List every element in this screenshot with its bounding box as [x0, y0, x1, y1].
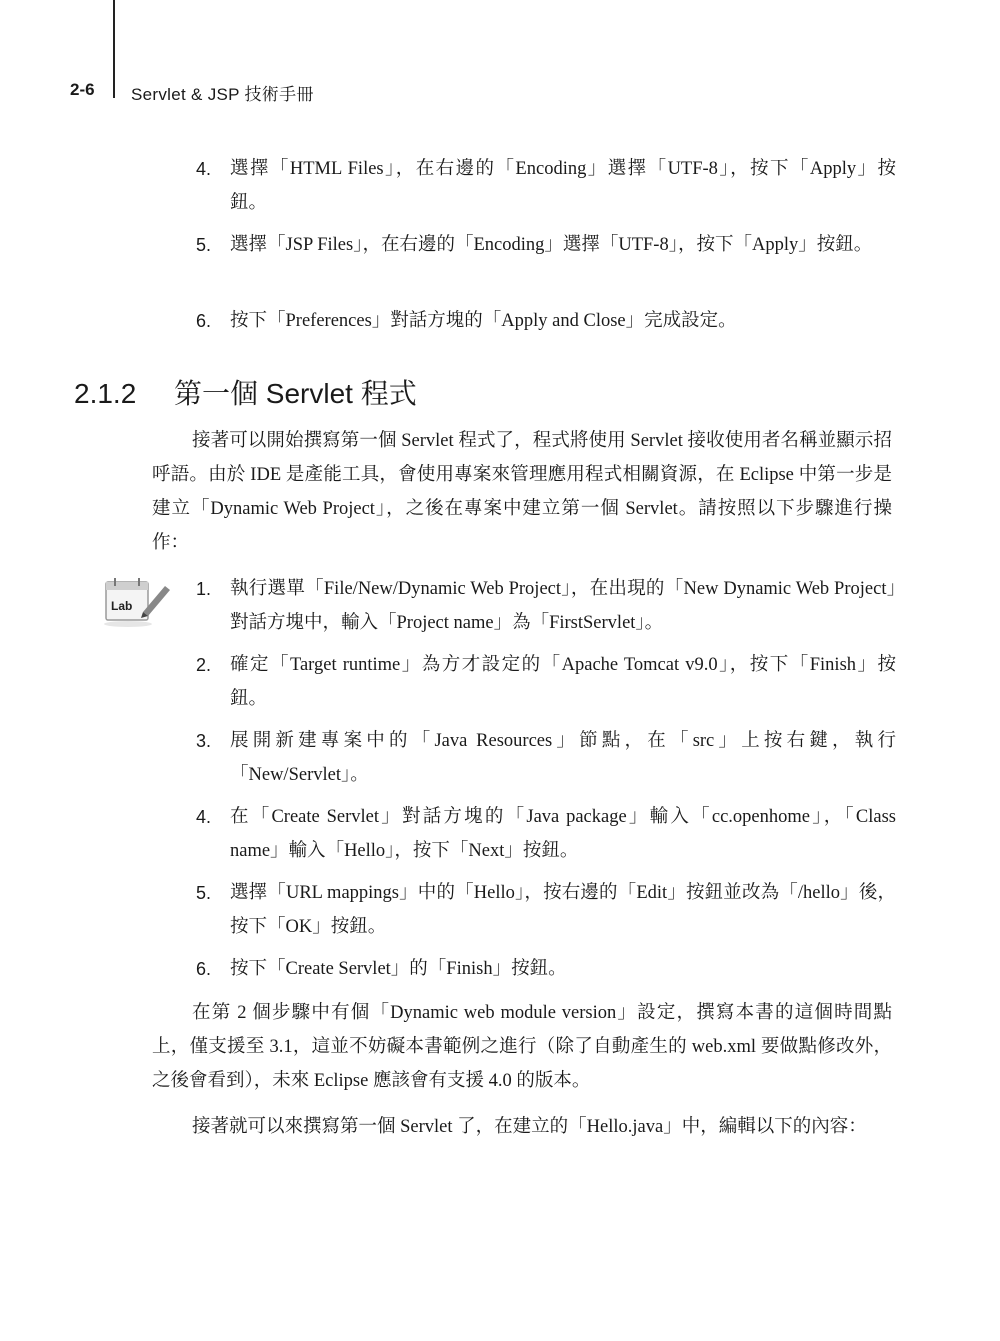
section-number: 2.1.2 [74, 378, 174, 410]
section-title: 第一個 Servlet 程式 [174, 378, 417, 409]
step-text: 確定「Target runtime」為方才設定的「Apache Tomcat v… [230, 648, 896, 716]
step-text: 選擇「HTML Files」，在右邊的「Encoding」選擇「UTF-8」，按… [230, 152, 896, 220]
step-number: 5. [196, 228, 211, 262]
step-number: 6. [196, 952, 211, 986]
paragraph-hello-java: 接著就可以來撰寫第一個 Servlet 了，在建立的「Hello.java」中，… [152, 1110, 892, 1144]
step-text: 執行選單「File/New/Dynamic Web Project」，在出現的「… [230, 572, 896, 640]
step-text: 按下「Create Servlet」的「Finish」按鈕。 [230, 952, 896, 986]
step-number: 1. [196, 572, 211, 606]
header-rule [113, 0, 115, 98]
list-item: 5. 選擇「URL mappings」中的「Hello」，按右邊的「Edit」按… [196, 876, 896, 944]
list-item: 6. 按下「Create Servlet」的「Finish」按鈕。 [196, 952, 896, 986]
list-item: 3. 展開新建專案中的「Java Resources」節點，在「src」上按右鍵… [196, 724, 896, 792]
step-number: 3. [196, 724, 211, 758]
running-title: Servlet & JSP 技術手冊 [131, 80, 314, 105]
svg-text:Lab: Lab [111, 599, 132, 613]
list-item: 2. 確定「Target runtime」為方才設定的「Apache Tomca… [196, 648, 896, 716]
step-text: 選擇「JSP Files」，在右邊的「Encoding」選擇「UTF-8」，按下… [230, 228, 896, 262]
lab-icon: Lab [103, 576, 173, 628]
list-item: 5. 選擇「JSP Files」，在右邊的「Encoding」選擇「UTF-8」… [196, 228, 896, 262]
step-text: 按下「Preferences」對話方塊的「Apply and Close」完成設… [230, 304, 896, 338]
list-item: 6. 按下「Preferences」對話方塊的「Apply and Close」… [196, 304, 896, 338]
step-number: 6. [196, 304, 211, 338]
page-number: 2-6 [70, 80, 95, 100]
step-number: 4. [196, 800, 211, 834]
step-text: 展開新建專案中的「Java Resources」節點，在「src」上按右鍵，執行… [230, 724, 896, 792]
step-number: 4. [196, 152, 211, 186]
intro-paragraph: 接著可以開始撰寫第一個 Servlet 程式了，程式將使用 Servlet 接收… [152, 424, 892, 560]
list-item: 4. 選擇「HTML Files」，在右邊的「Encoding」選擇「UTF-8… [196, 152, 896, 220]
step-number: 2. [196, 648, 211, 682]
list-item: 4. 在「Create Servlet」對話方塊的「Java package」輸… [196, 800, 896, 868]
list-item: 1. 執行選單「File/New/Dynamic Web Project」，在出… [196, 572, 896, 640]
section-heading: 2.1.2第一個 Servlet 程式 [74, 372, 417, 412]
paragraph-module-version: 在第 2 個步驟中有個「Dynamic web module version」設… [152, 996, 892, 1098]
step-number: 5. [196, 876, 211, 910]
step-text: 在「Create Servlet」對話方塊的「Java package」輸入「c… [230, 800, 896, 868]
step-text: 選擇「URL mappings」中的「Hello」，按右邊的「Edit」按鈕並改… [230, 876, 896, 944]
